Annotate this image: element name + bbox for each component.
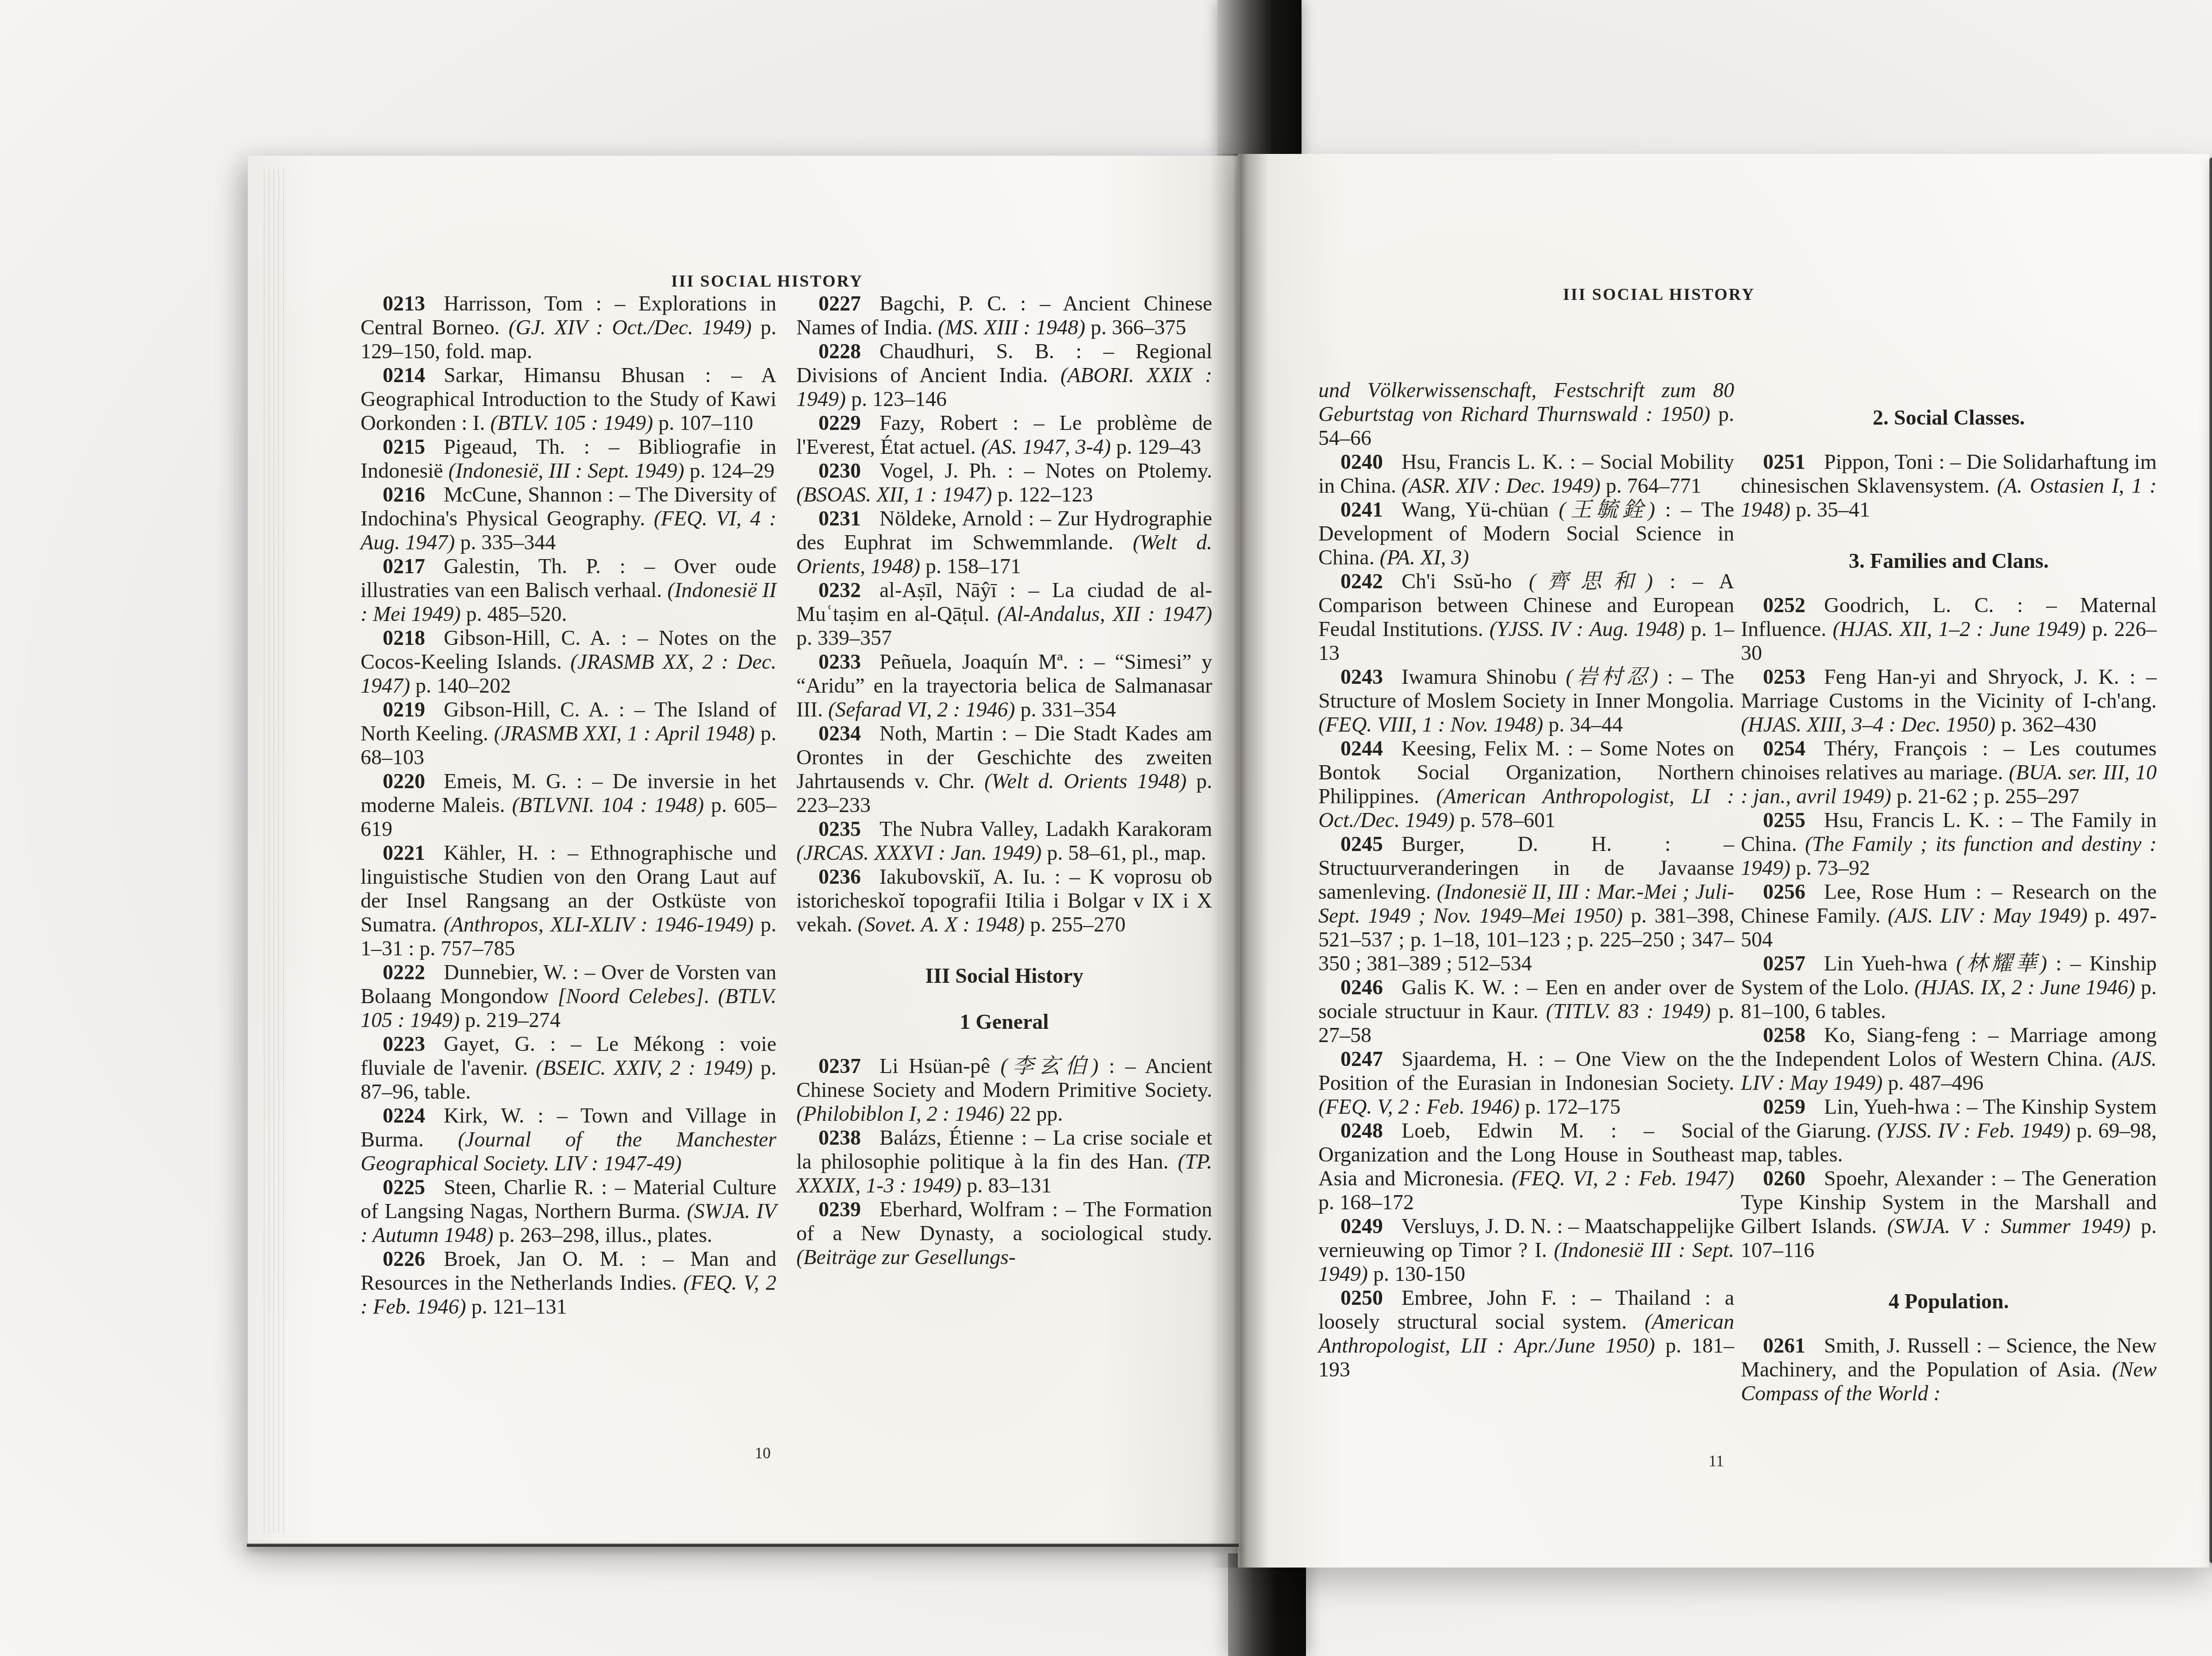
entry-number: 0238 — [818, 1126, 879, 1150]
bib-entry-0246: 0246Galis K. W. : – Een en ander over de… — [1318, 976, 1734, 1047]
book-spine-top — [1217, 0, 1302, 158]
bib-entry-0247: 0247Sjaardema, H. : – One View on the Po… — [1318, 1047, 1734, 1119]
entry-number: 0216 — [383, 483, 444, 506]
entry-number: 0213 — [383, 292, 444, 315]
bib-entry-0243: 0243Iwamura Shinobu (岩村忍) : – The Struct… — [1318, 665, 1734, 737]
bib-entry-0248: 0248Loeb, Edwin M. : – Social Organizati… — [1318, 1119, 1734, 1215]
bib-entry-0225: 0225Steen, Charlie R. : – Material Cultu… — [361, 1176, 776, 1247]
entry-number: 0260 — [1763, 1167, 1824, 1190]
entry-number: 0222 — [383, 961, 444, 984]
right-page-column-1: und Völkerwissenschaft, Festschrift zum … — [1318, 379, 1734, 1382]
left-page-bottom-edge — [247, 1544, 1239, 1547]
entry-number: 0258 — [1763, 1023, 1824, 1047]
bib-entry-0219: 0219Gibson-Hill, C. A. : – The Island of… — [361, 698, 776, 770]
entry-number: 0247 — [1340, 1047, 1402, 1071]
bib-entry-continuation: und Völkerwissenschaft, Festschrift zum … — [1318, 379, 1734, 450]
bib-entry-0226: 0226Broek, Jan O. M. : – Man and Resourc… — [361, 1247, 776, 1319]
bib-entry-0213: 0213Harrisson, Tom : – Explorations in C… — [361, 292, 776, 364]
bib-entry-0233: 0233Peñuela, Joaquín Mª. : – “Simesi” y … — [796, 650, 1212, 722]
bib-entry-0249: 0249Versluys, J. D. N. : – Maatschappeli… — [1318, 1215, 1734, 1286]
entry-number: 0251 — [1763, 450, 1824, 474]
open-book-scan: III SOCIAL HISTORY 0213Harrisson, Tom : … — [0, 0, 2212, 1656]
entry-number: 0235 — [818, 817, 879, 841]
bib-entry-0245: 0245Burger, D. H. : – Structuurveranderi… — [1318, 832, 1734, 976]
bib-entry-0257: 0257Lin Yueh-hwa (林耀華) : – Kinship Syste… — [1741, 952, 2157, 1023]
entry-number: 0240 — [1340, 450, 1402, 474]
bib-entry-0238: 0238Balázs, Étienne : – La crise sociale… — [796, 1126, 1212, 1198]
entry-number: 0220 — [383, 770, 444, 793]
entry-number: 0219 — [383, 698, 444, 721]
entry-number: 0226 — [383, 1247, 444, 1271]
entry-number: 0228 — [818, 340, 879, 363]
bib-entry-0235: 0235The Nubra Valley, Ladakh Karakoram (… — [796, 817, 1212, 865]
right-page: III SOCIAL HISTORY und Völkerwissenschaf… — [1238, 154, 2209, 1568]
bib-entry-0224: 0224Kirk, W. : – Town and Village in Bur… — [361, 1104, 776, 1176]
entry-number: 0243 — [1340, 665, 1402, 689]
bib-entry-0241: 0241Wang, Yü-chüan (王毓銓) : – The Develop… — [1318, 498, 1734, 570]
entry-number: 0246 — [1340, 976, 1402, 999]
entry-number: 0214 — [383, 364, 444, 387]
bib-entry-0252: 0252Goodrich, L. C. : – Maternal Influen… — [1741, 594, 2157, 665]
bib-entry-0230: 0230Vogel, J. Ph. : – Notes on Ptolemy. … — [796, 459, 1212, 507]
entry-number: 0217 — [383, 555, 444, 578]
bib-entry-0259: 0259Lin, Yueh-hwa : – The Kinship System… — [1741, 1095, 2157, 1167]
entry-number: 0221 — [383, 841, 444, 865]
bib-entry-0216: 0216McCune, Shannon : – The Diversity of… — [361, 483, 776, 555]
entry-number: 0232 — [818, 579, 879, 602]
entry-number: 0237 — [818, 1054, 879, 1078]
entry-number: 0233 — [818, 650, 879, 674]
entry-number: 0231 — [818, 507, 879, 530]
bib-entry-0214: 0214Sarkar, Himansu Bhusan : – A Geograp… — [361, 364, 776, 435]
bib-entry-0229: 0229Fazy, Robert : – Le problème de l'Ev… — [796, 411, 1212, 459]
bib-entry-0237: 0237Li Hsüan-pê (李玄伯) : – Ancient Chines… — [796, 1054, 1212, 1126]
section-heading: 3. Families and Clans. — [1741, 549, 2157, 573]
bib-entry-0220: 0220Emeis, M. G. : – De inversie in het … — [361, 770, 776, 841]
running-header-left: III SOCIAL HISTORY — [671, 272, 863, 291]
bib-entry-0236: 0236Iakubovskiĭ, A. Iu. : – K voprosu ob… — [796, 865, 1212, 937]
entry-number: 0253 — [1763, 665, 1824, 689]
bib-entry-0242: 0242Ch'i Ssŭ-ho (齊思和) : – A Comparison b… — [1318, 570, 1734, 665]
bib-entry-0260: 0260Spoehr, Alexander : – The Generation… — [1741, 1167, 2157, 1262]
page-number-right: 11 — [1709, 1452, 1724, 1470]
entry-number: 0256 — [1763, 880, 1824, 904]
entry-number: 0257 — [1763, 952, 1824, 975]
page-number-left: 10 — [755, 1444, 771, 1462]
bib-entry-0256: 0256Lee, Rose Hum : – Research on the Ch… — [1741, 880, 2157, 952]
bib-entry-0234: 0234Noth, Martin : – Die Stadt Kades am … — [796, 722, 1212, 817]
bib-entry-0253: 0253Feng Han-yi and Shryock, J. K. : – M… — [1741, 665, 2157, 737]
entry-number: 0250 — [1340, 1286, 1402, 1310]
entry-number: 0236 — [818, 865, 879, 889]
entry-number: 0223 — [383, 1032, 444, 1056]
bib-entry-0232: 0232al-Aṣīl, Nāŷī : – La ciudad de al-Mu… — [796, 579, 1212, 650]
bib-entry-0250: 0250Embree, John F. : – Thailand : a loo… — [1318, 1286, 1734, 1382]
left-page: III SOCIAL HISTORY 0213Harrisson, Tom : … — [248, 156, 1238, 1545]
section-heading: 2. Social Classes. — [1741, 406, 2157, 430]
bib-entry-0261: 0261Smith, J. Russell : – Science, the N… — [1741, 1334, 2157, 1406]
bib-entry-0215: 0215Pigeaud, Th. : – Bibliografie in Ind… — [361, 435, 776, 483]
left-page-column-2: 0227Bagchi, P. C. : – Ancient Chinese Na… — [796, 292, 1212, 1269]
entry-number: 0242 — [1340, 570, 1402, 593]
entry-number: 0215 — [383, 435, 444, 459]
entry-number: 0248 — [1340, 1119, 1402, 1142]
entry-number: 0255 — [1763, 809, 1824, 832]
bib-entry-0240: 0240Hsu, Francis L. K. : – Social Mobili… — [1318, 450, 1734, 498]
entry-number: 0245 — [1340, 832, 1402, 856]
entry-number: 0261 — [1763, 1334, 1824, 1357]
bib-entry-0254: 0254Théry, François : – Les coutumes chi… — [1741, 737, 2157, 809]
bib-entry-0217: 0217Galestin, Th. P. : – Over oude illus… — [361, 555, 776, 626]
entry-number: 0225 — [383, 1176, 444, 1199]
bib-entry-0228: 0228Chaudhuri, S. B. : – Regional Divisi… — [796, 340, 1212, 411]
bib-entry-0255: 0255Hsu, Francis L. K. : – The Family in… — [1741, 809, 2157, 880]
left-page-column-1: 0213Harrisson, Tom : – Explorations in C… — [361, 292, 776, 1319]
entry-number: 0218 — [383, 626, 444, 650]
entry-number: 0234 — [818, 722, 879, 745]
bib-entry-0258: 0258Ko, Siang-feng : – Marriage among th… — [1741, 1023, 2157, 1095]
entry-number: 0229 — [818, 411, 879, 435]
entry-number: 0259 — [1763, 1095, 1824, 1119]
entry-number: 0254 — [1763, 737, 1824, 760]
book-spine-bottom — [1228, 1553, 1306, 1656]
left-page-edge-lines — [264, 169, 285, 1533]
section-heading: 4 Population. — [1741, 1290, 2157, 1314]
bib-entry-0239: 0239Eberhard, Wolfram : – The Formation … — [796, 1198, 1212, 1269]
bib-entry-0244: 0244Keesing, Felix M. : – Some Notes on … — [1318, 737, 1734, 832]
bib-entry-0218: 0218Gibson-Hill, C. A. : – Notes on the … — [361, 626, 776, 698]
bib-entry-0223: 0223Gayet, G. : – Le Mékong : voie fluvi… — [361, 1032, 776, 1104]
entry-number: 0230 — [818, 459, 879, 483]
book-fore-edge — [2209, 157, 2212, 1563]
bib-entry-0227: 0227Bagchi, P. C. : – Ancient Chinese Na… — [796, 292, 1212, 340]
bib-entry-0221: 0221Kähler, H. : – Ethnographische und l… — [361, 841, 776, 961]
entry-number: 0239 — [818, 1198, 879, 1221]
bib-entry-0222: 0222Dunnebier, W. : – Over de Vorsten va… — [361, 961, 776, 1032]
entry-number: 0241 — [1340, 498, 1402, 521]
right-page-column-2: 2. Social Classes.0251Pippon, Toni : – D… — [1741, 379, 2157, 1406]
entry-number: 0224 — [383, 1104, 444, 1127]
entry-number: 0244 — [1340, 737, 1402, 760]
entry-number: 0249 — [1340, 1215, 1402, 1238]
running-header-right: III SOCIAL HISTORY — [1563, 285, 1755, 304]
bib-entry-0231: 0231Nöldeke, Arnold : – Zur Hydrographie… — [796, 507, 1212, 579]
entry-number: 0227 — [818, 292, 879, 315]
entry-number: 0252 — [1763, 594, 1824, 617]
bib-entry-0251: 0251Pippon, Toni : – Die Solidarhaftung … — [1741, 450, 2157, 522]
section-heading: III Social History1 General — [796, 964, 1212, 1034]
